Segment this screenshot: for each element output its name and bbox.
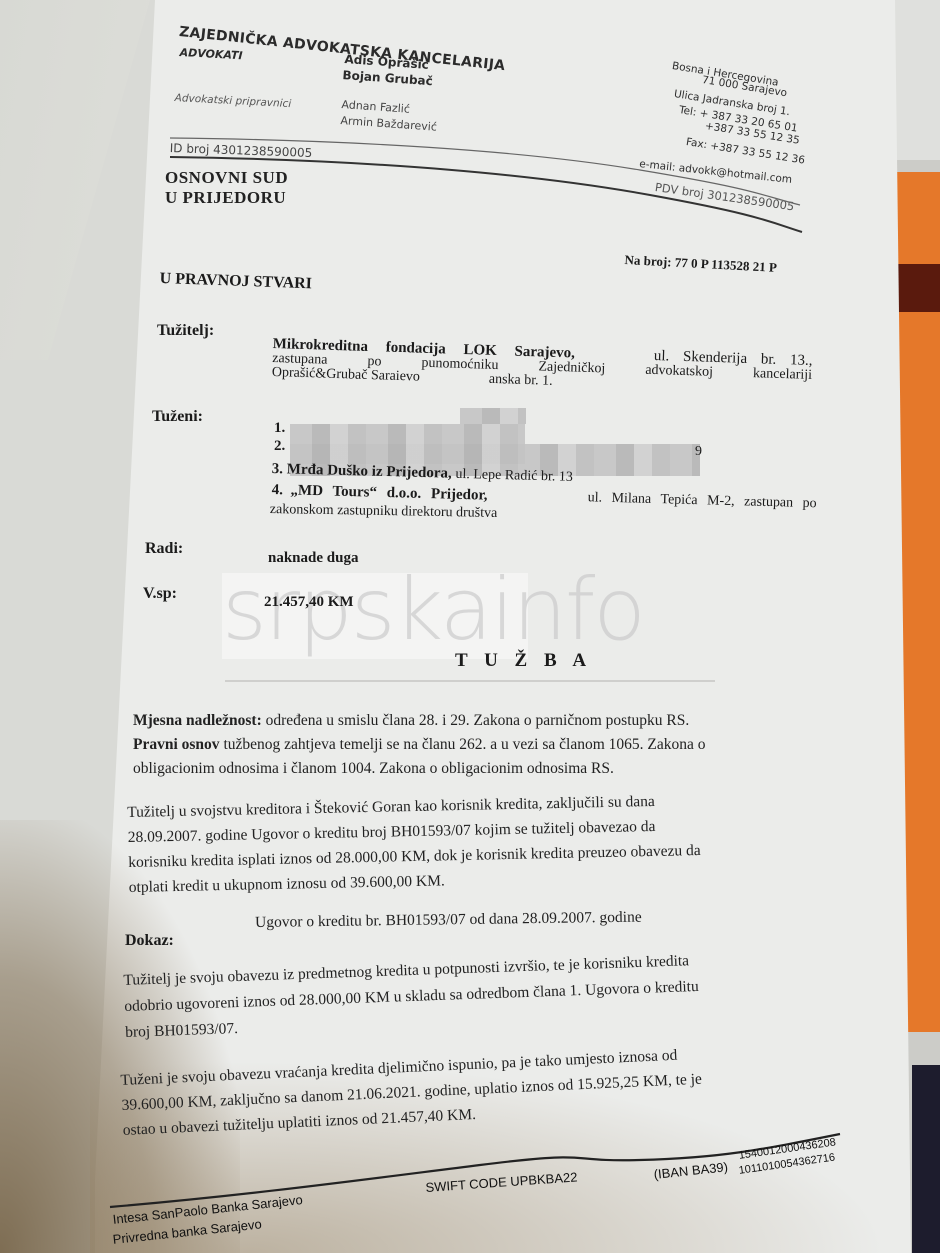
- defendant-4-name: „MD Tours“ d.o.o. Prijedor,: [290, 482, 487, 503]
- defendant-1-number: 1.: [274, 420, 285, 437]
- legal-basis-line: Pravni osnov tužbenog zahtjeva temelji s…: [133, 736, 706, 754]
- iban-label: (IBAN BA39): [653, 1159, 729, 1182]
- legal-basis-text: tužbenog zahtjeva temelji se na članu 26…: [223, 736, 705, 753]
- claim-value: 21.457,40 KM: [264, 594, 354, 611]
- defendant-3-address: ul. Lepe Radić br. 13: [455, 467, 573, 485]
- document-title: T U Ž B A: [455, 650, 592, 672]
- letterhead-divider: [0, 0, 940, 260]
- evidence-text: Ugovor o kreditu br. BH01593/07 od dana …: [255, 909, 642, 932]
- jurisdiction-text: određena u smislu člana 28. i 29. Zakona…: [266, 712, 690, 729]
- redacted-trailing-char: 9: [695, 444, 702, 460]
- rep-address-end: anska br. 1.: [489, 372, 553, 389]
- defendant-4-address: ul. Milana Tepića M-2, zastupan po: [587, 490, 816, 513]
- legal-basis-line: obligacionim odnosima i članom 1004. Zak…: [133, 760, 614, 778]
- defendant-4-representative: zakonskom zastupniku direktoru društva: [270, 502, 498, 522]
- defendant-3-number: 3.: [272, 461, 284, 477]
- title-underline: [225, 680, 715, 682]
- swift-code: SWIFT CODE UPBKBA22: [425, 1169, 578, 1195]
- legal-basis-label: Pravni osnov: [133, 736, 220, 753]
- jurisdiction-line: Mjesna nadležnost: određena u smislu čla…: [133, 712, 689, 730]
- matter-heading: U PRAVNOJ STVARI: [159, 270, 312, 293]
- plaintiff-label: Tužitelj:: [157, 322, 214, 340]
- claim-value-label: V.sp:: [143, 585, 177, 603]
- defendant-4-number: 4.: [272, 482, 284, 498]
- defendant-3-name: Mrđa Duško iz Prijedora,: [287, 461, 452, 481]
- paragraph-2: Tužitelj je svoju obavezu iz predmetnog …: [123, 948, 700, 1046]
- lawsuit-document: ZAJEDNIČKA ADVOKATSKA KANCELARIJA ADVOKA…: [0, 0, 940, 1253]
- court-name: OSNOVNI SUD U PRIJEDORU: [165, 168, 288, 208]
- subject-label: Radi:: [145, 540, 183, 558]
- redacted-plaintiff-address: [460, 408, 526, 424]
- paragraph-3: Tuženi je svoju obavezu vraćanja kredita…: [120, 1042, 704, 1143]
- court-line: OSNOVNI SUD: [165, 168, 288, 188]
- defendant-2-number: 2.: [274, 438, 285, 455]
- court-line: U PRIJEDORU: [165, 188, 288, 208]
- evidence-label: Dokaz:: [125, 932, 174, 950]
- jurisdiction-label: Mjesna nadležnost:: [133, 712, 262, 729]
- paragraph-1: Tužitelj u svojstvu kreditora i Šteković…: [127, 788, 701, 900]
- plaintiff-block: Mikrokreditna fondacija LOK Sarajevo, ul…: [272, 336, 813, 398]
- defendants-label: Tuženi:: [152, 408, 203, 426]
